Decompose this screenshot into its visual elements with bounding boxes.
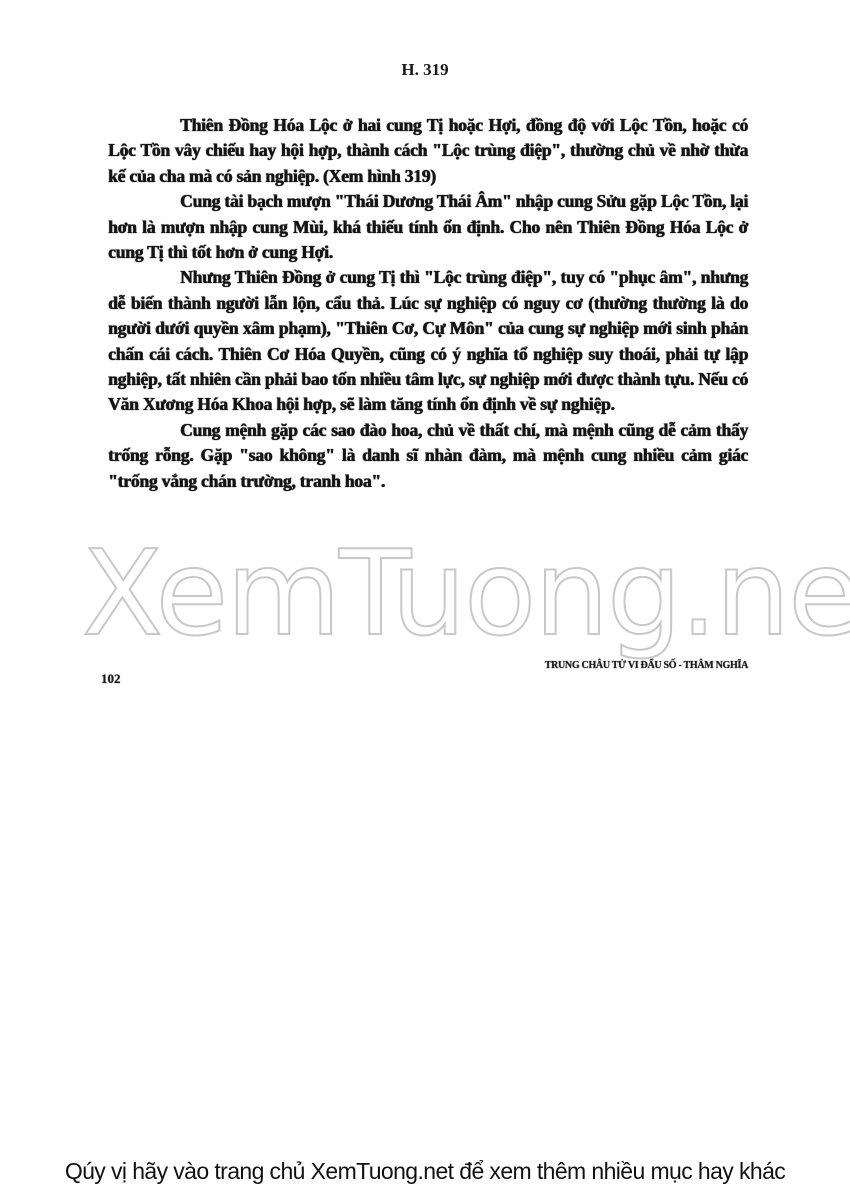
paragraph: Nhưng Thiên Đồng ở cung Tị thì "Lộc trùn…	[108, 265, 748, 417]
paragraph: Thiên Đồng Hóa Lộc ở hai cung Tị hoặc Hợ…	[108, 113, 748, 189]
site-link[interactable]: XemTuong.net	[311, 1158, 454, 1184]
figure-label: H. 319	[0, 60, 850, 80]
scanned-book-page: H. 319 Thiên Đồng Hóa Lộc ở hai cung Tị …	[0, 0, 850, 1202]
caption-text-before: Qúy vị hãy vào trang chủ	[65, 1158, 311, 1184]
site-caption: Qúy vị hãy vào trang chủ XemTuong.net để…	[0, 1158, 850, 1185]
running-footer: Trung Châu Tử Vi Đẩu Số - Thâm Nghĩa	[408, 660, 748, 671]
watermark: XemTuong.net	[82, 528, 782, 658]
caption-text-after: để xem thêm nhiều mục hay khác	[453, 1158, 785, 1184]
body-text: Thiên Đồng Hóa Lộc ở hai cung Tị hoặc Hợ…	[108, 113, 748, 494]
page-number: 102	[101, 671, 121, 687]
paragraph: Cung mệnh gặp các sao đào hoa, chủ về th…	[108, 418, 748, 494]
paragraph: Cung tài bạch mượn "Thái Dương Thái Âm" …	[108, 189, 748, 265]
